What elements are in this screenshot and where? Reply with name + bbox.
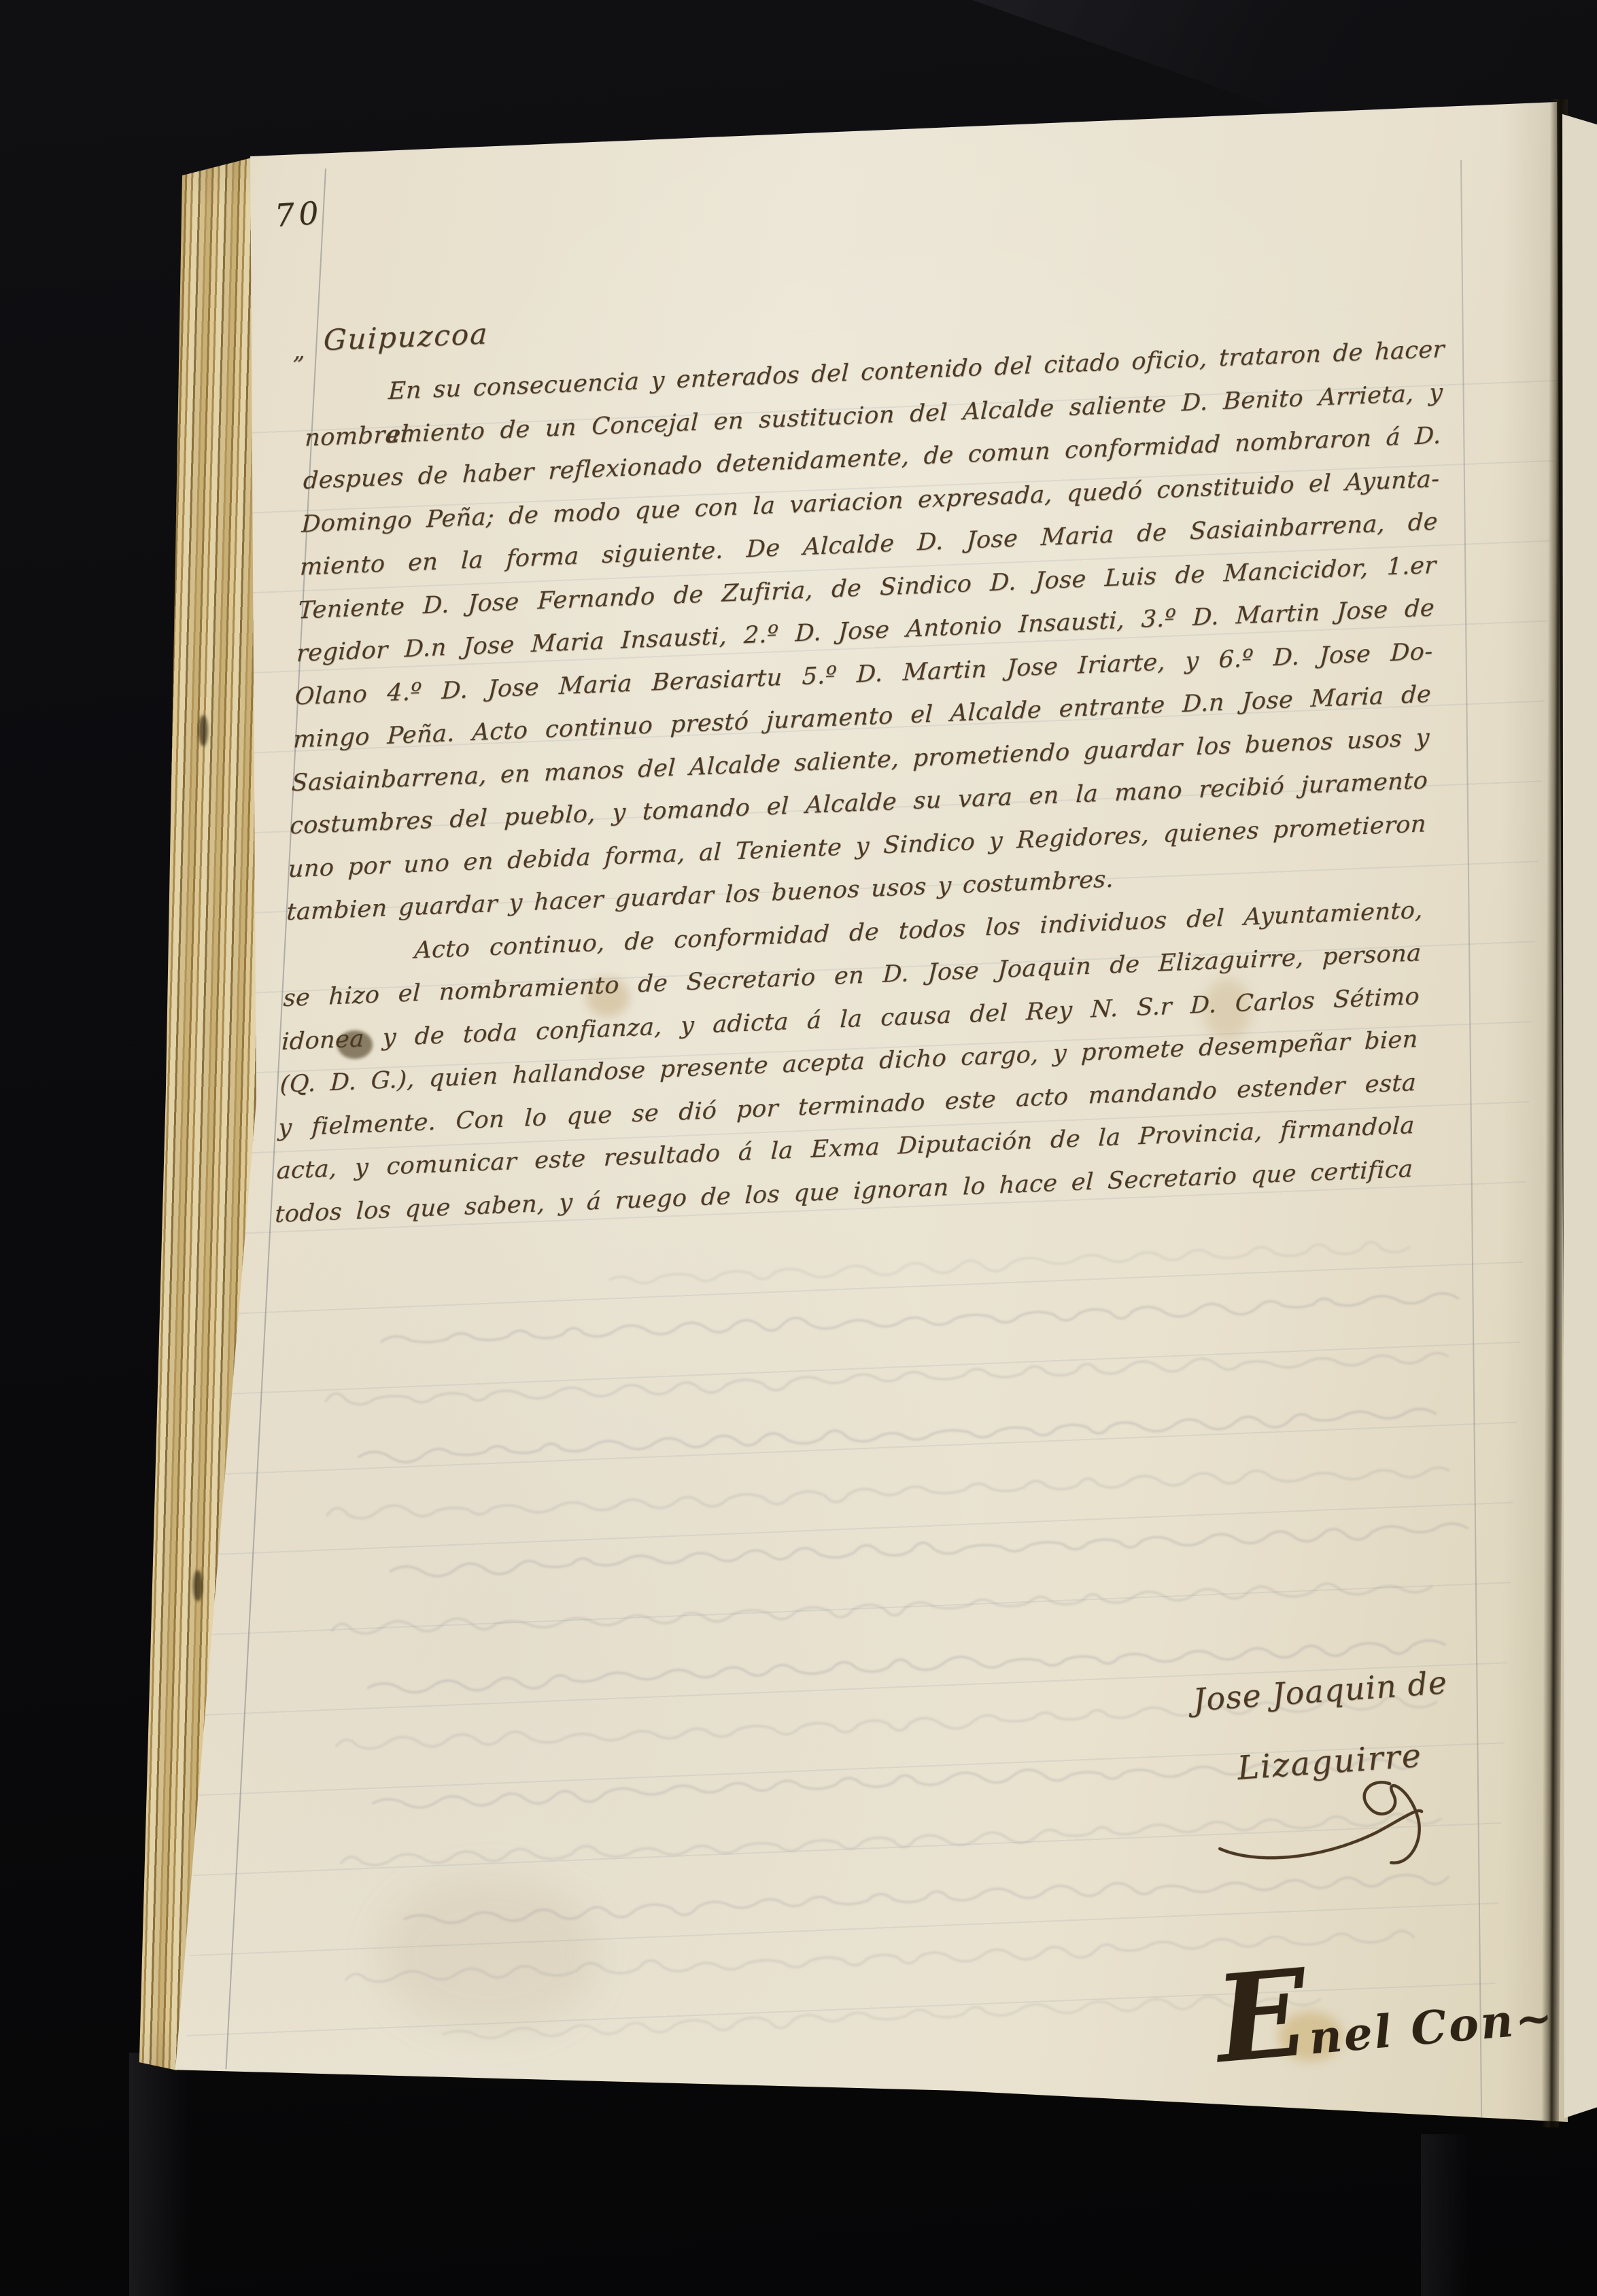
- heading-text: Guipuzcoa: [323, 317, 489, 357]
- cloth-fold: [1421, 2134, 1469, 2296]
- signature-block: Jose Joaquin de Lizaguirre: [1192, 1663, 1511, 1788]
- archival-photo: 70 „Guipuzcoa En su consecuencia y enter…: [0, 0, 1597, 2296]
- catchword-initial: E: [1210, 1942, 1313, 2090]
- manuscript-text-block: „Guipuzcoa En su consecuencia y enterado…: [274, 275, 1447, 1236]
- binding-stitch-mark: [199, 715, 208, 746]
- binding-stitch-mark: [193, 1570, 203, 1601]
- cloth-fold: [129, 2053, 190, 2296]
- margin-mark: „: [292, 330, 307, 372]
- page-number: 70: [273, 197, 324, 232]
- signature-rubric: [1212, 1768, 1450, 1899]
